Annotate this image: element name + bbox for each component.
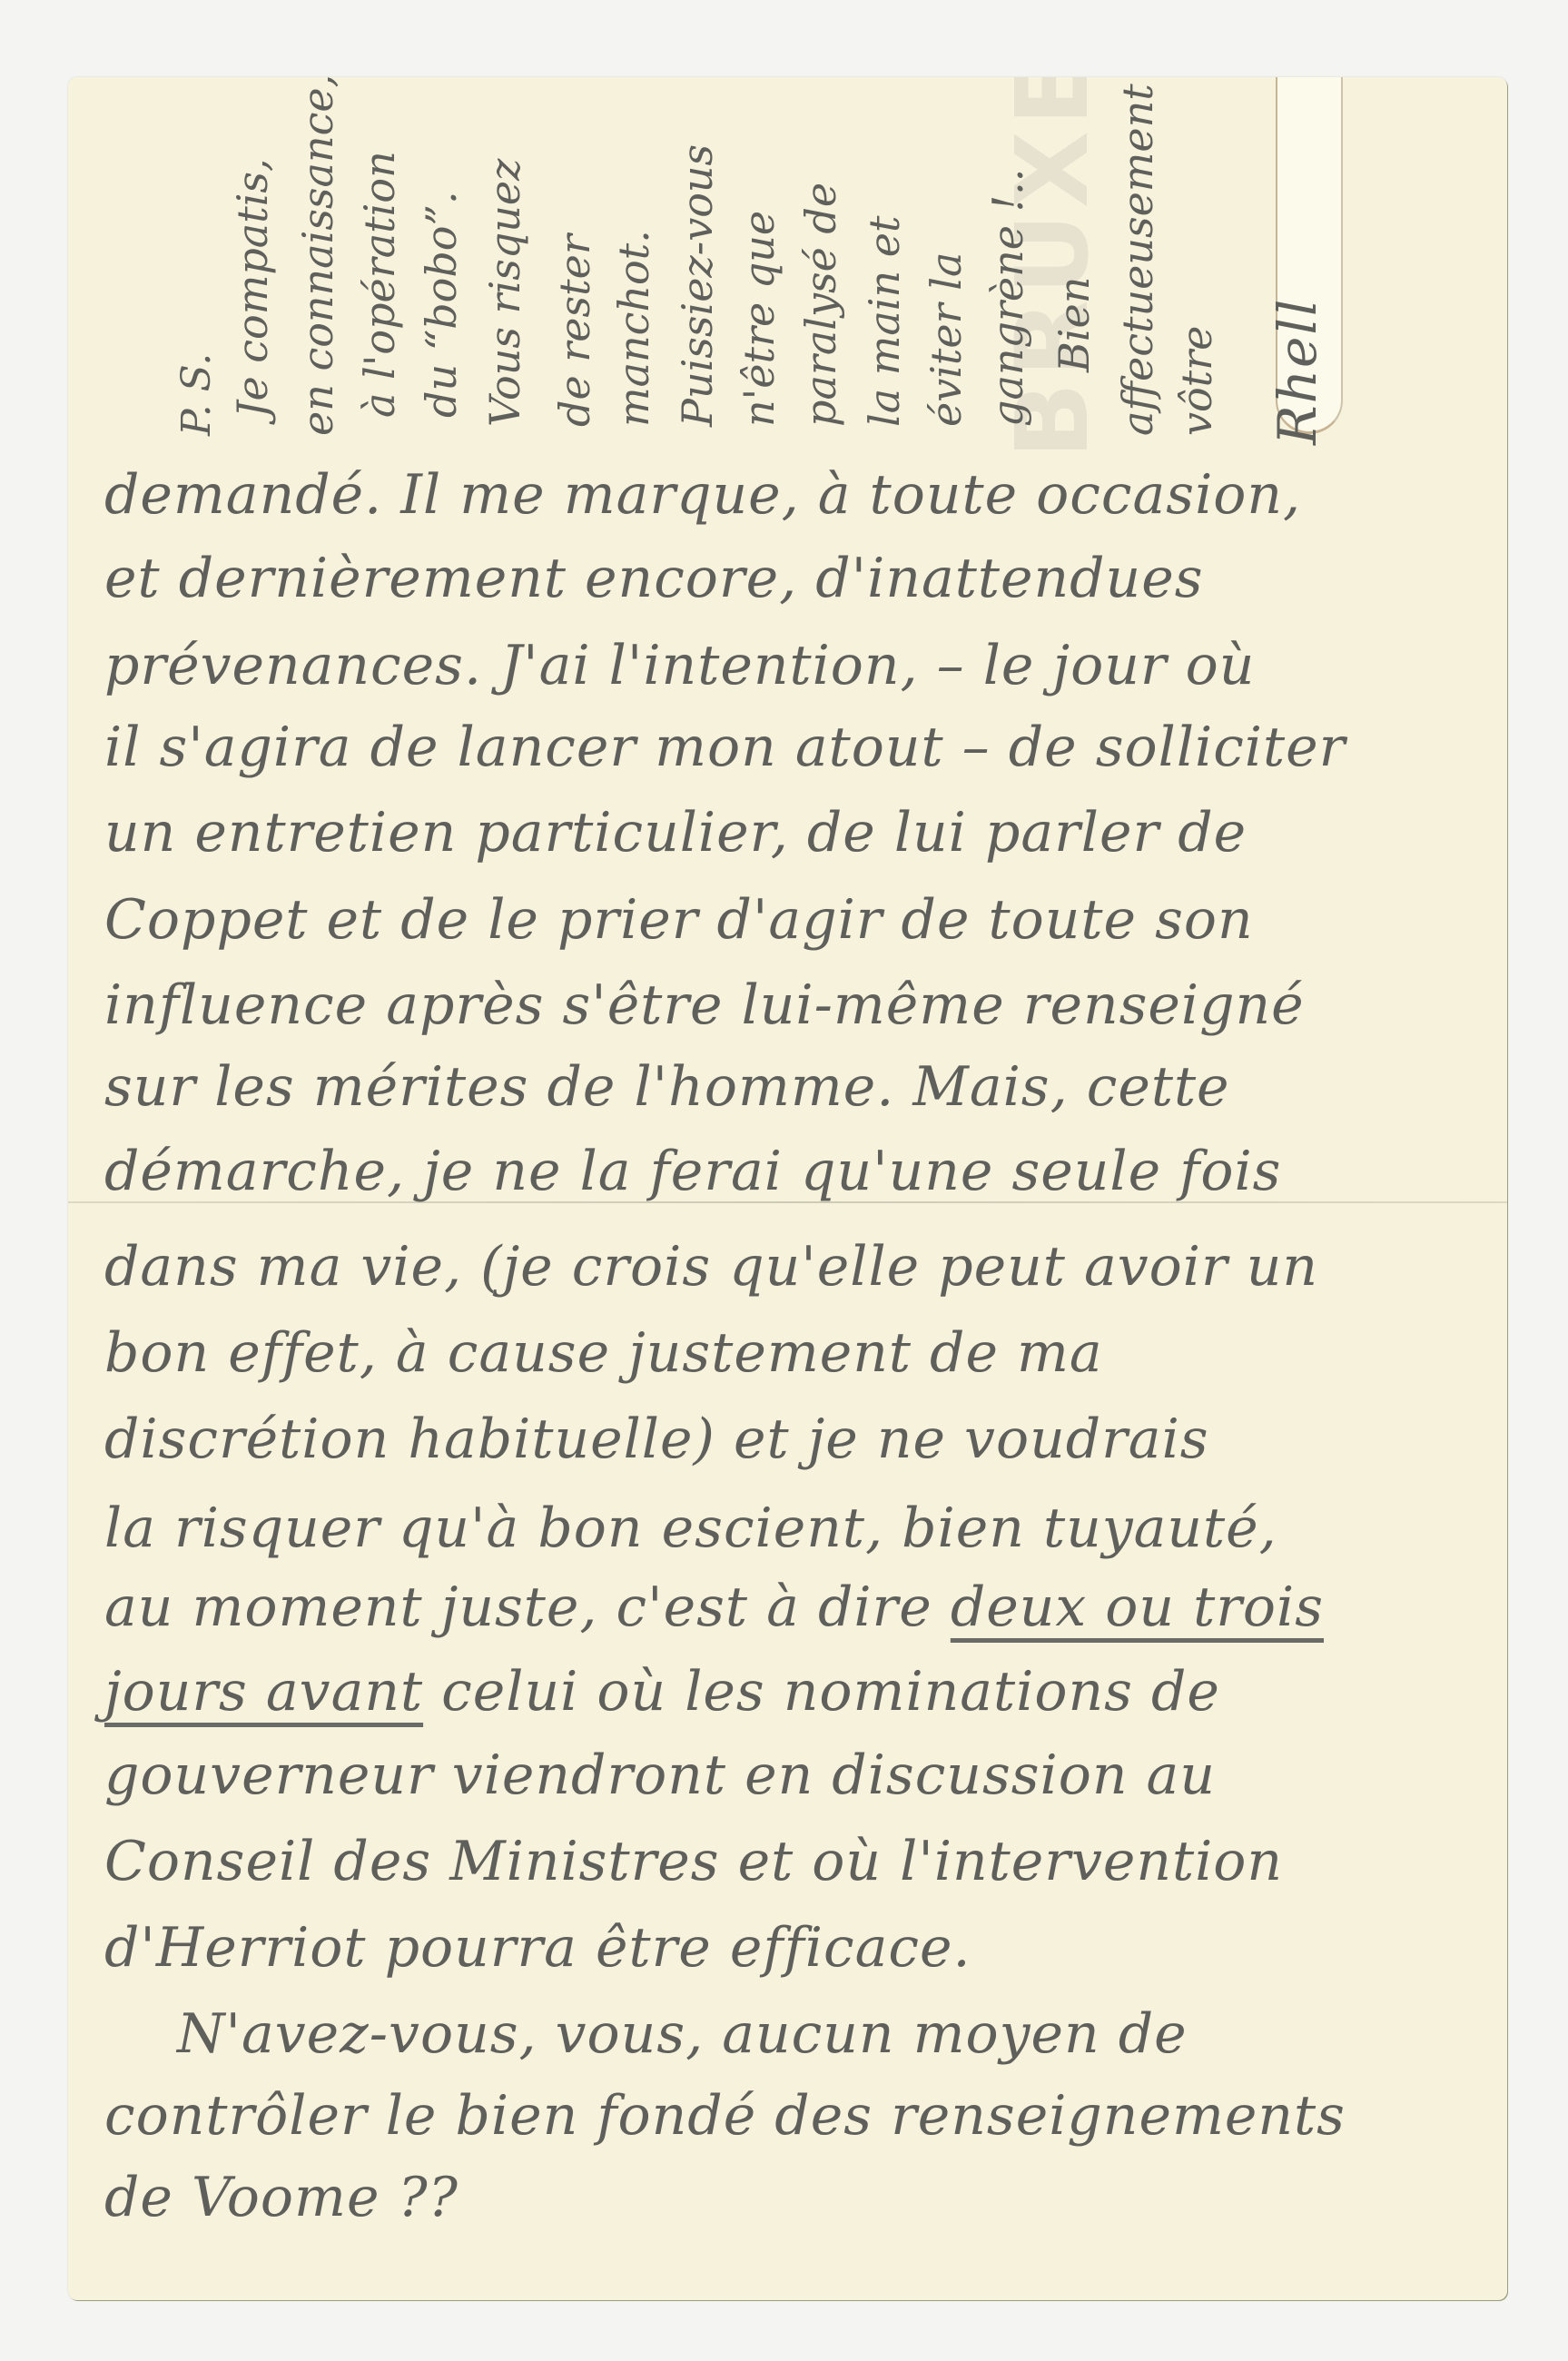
- postscript-label: P. S.: [177, 353, 217, 436]
- postscript-line: affectueusement: [1117, 84, 1159, 436]
- postscript-line: n'être que: [738, 211, 780, 427]
- postscript-line: de rester: [554, 234, 596, 427]
- postscript-line: Bien: [1053, 277, 1095, 372]
- underlined-emphasis: deux ou trois: [951, 1576, 1324, 1639]
- body-line: N'avez-vous, vous, aucun moyen de: [177, 2007, 1188, 2061]
- body-line: au moment juste, c'est à dire deux ou tr…: [104, 1580, 1324, 1635]
- body-text-fragment: celui où les nominations de: [423, 1660, 1220, 1724]
- postscript-line: à l'opération: [359, 151, 400, 418]
- body-line: bon effet, à cause justement de ma: [104, 1326, 1103, 1380]
- body-line: Coppet et de le prier d'agir de toute so…: [104, 893, 1254, 947]
- body-line: discrétion habituelle) et je ne voudrais: [104, 1412, 1209, 1467]
- body-line: demandé. Il me marque, à toute occasion,: [104, 468, 1301, 522]
- body-line: démarche, je ne la ferai qu'une seule fo…: [104, 1144, 1281, 1199]
- underlined-emphasis: jours avant: [104, 1660, 423, 1724]
- postscript-line: Vous risquez: [484, 159, 526, 427]
- postscript-line: la main et: [863, 216, 905, 427]
- body-line: il s'agira de lancer mon atout – de soll…: [104, 720, 1346, 775]
- body-line: de Voome ??: [104, 2170, 459, 2225]
- signature: Rhell: [1271, 298, 1324, 445]
- postscript-line: paralysé de: [800, 183, 842, 427]
- body-line: d'Herriot pourra être efficace.: [104, 1921, 971, 1975]
- postscript-line: vôtre: [1176, 326, 1218, 436]
- postscript-line: Je compatis,: [232, 158, 273, 418]
- postscript-line: en connaissance,: [297, 77, 339, 436]
- postscript-line: éviter la: [925, 252, 967, 427]
- letter-sheet: BRUXE P. S. Je compatis, en connaissance…: [68, 77, 1507, 2300]
- body-line: gouverneur viendront en discussion au: [104, 1748, 1216, 1803]
- postscript-line: gangrène !..: [987, 169, 1029, 427]
- body-line: Conseil des Ministres et où l'interventi…: [104, 1834, 1283, 1889]
- postscript-line: Puissiez-vous: [676, 144, 718, 427]
- body-line: dans ma vie, (je crois qu'elle peut avoi…: [104, 1240, 1318, 1294]
- body-line: influence après s'être lui-même renseign…: [104, 978, 1305, 1032]
- body-text-fragment: au moment juste, c'est à dire: [104, 1576, 951, 1639]
- body-line: la risquer qu'à bon escient, bien tuyaut…: [104, 1501, 1277, 1556]
- body-line: sur les mérites de l'homme. Mais, cette: [104, 1060, 1230, 1114]
- postscript-line: manchot.: [613, 230, 655, 427]
- body-line: un entretien particulier, de lui parler …: [104, 805, 1247, 860]
- body-line: jours avant celui où les nominations de: [104, 1665, 1220, 1719]
- body-line: et dernièrement encore, d'inattendues: [104, 551, 1204, 606]
- body-line: contrôler le bien fondé des renseignemen…: [104, 2089, 1346, 2143]
- postscript-line: du “bobo”.: [420, 191, 462, 418]
- body-line: prévenances. J'ai l'intention, – le jour…: [104, 638, 1255, 693]
